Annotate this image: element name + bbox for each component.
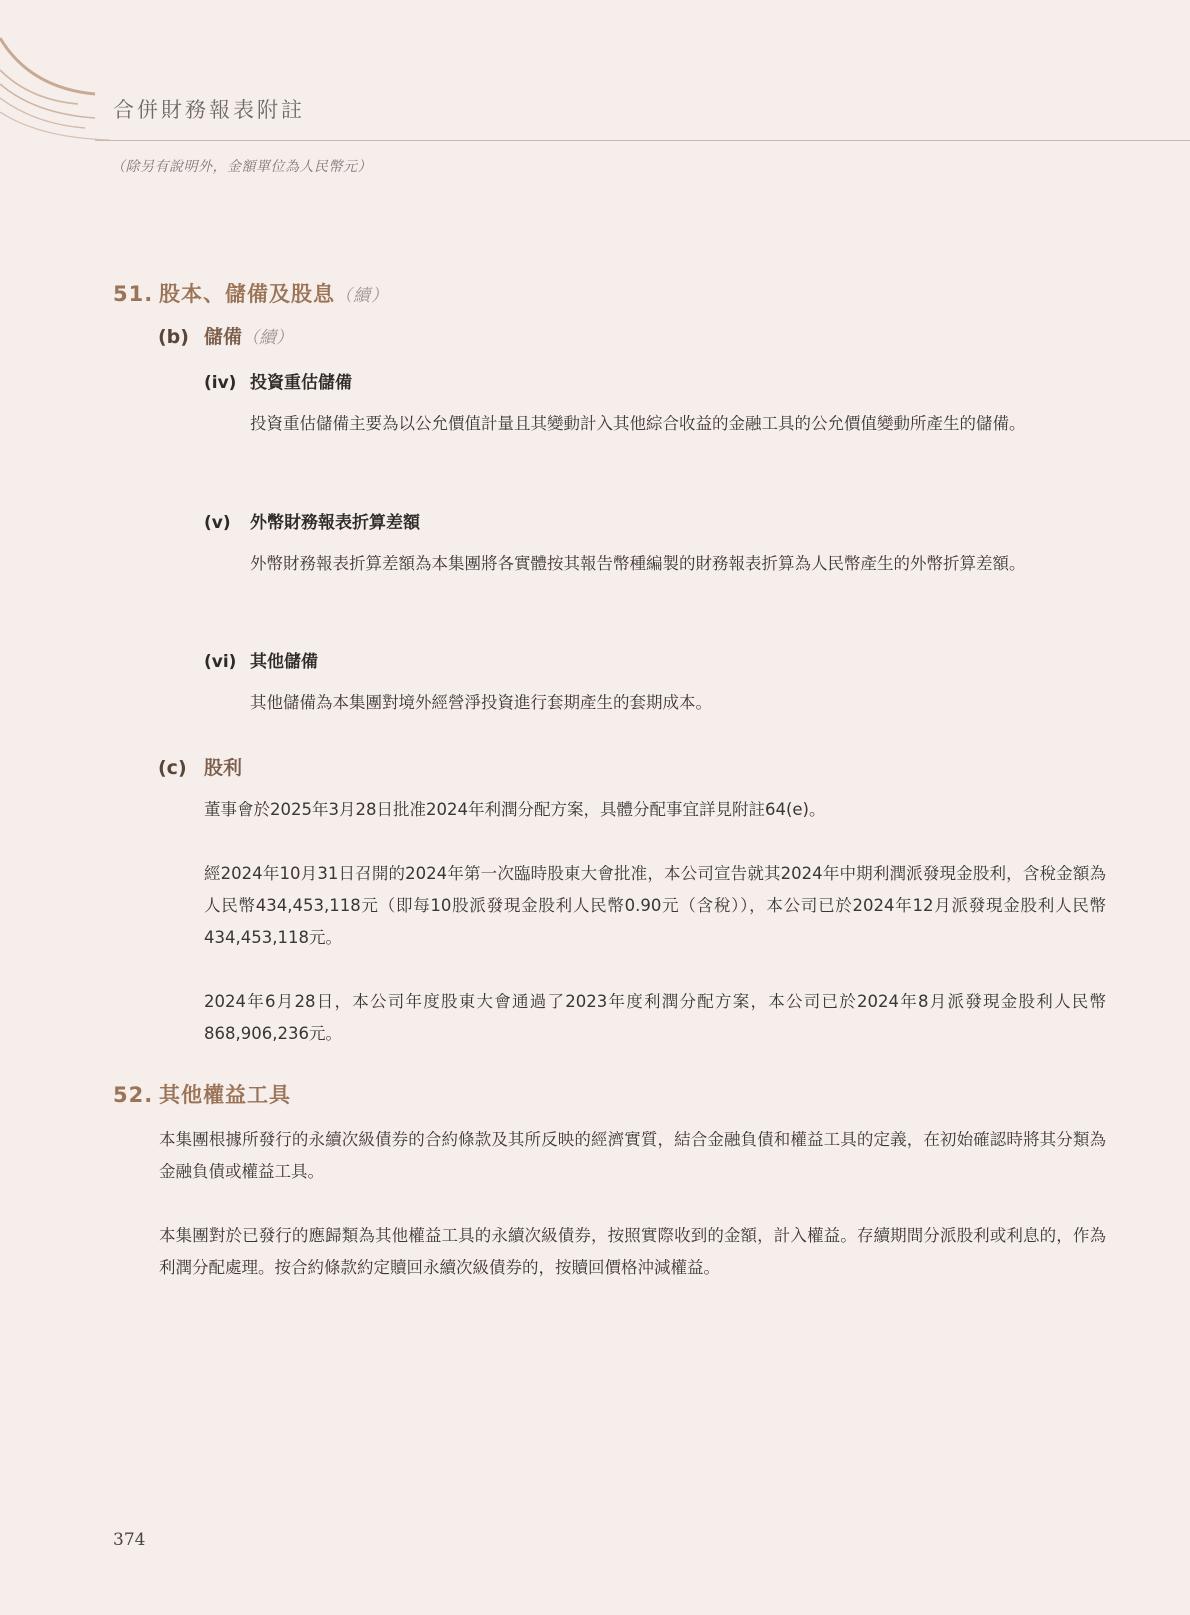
dividend-paragraph-1: 董事會於2025年3月28日批准2024年利潤分配方案，具體分配事宜詳見附註64…	[204, 794, 1106, 826]
dividend-paragraph-3: 2024年6月28日，本公司年度股東大會通過了2023年度利潤分配方案，本公司已…	[204, 986, 1106, 1050]
item-label: (v)	[204, 513, 250, 533]
section-52-heading: 52.其他權益工具	[113, 1079, 291, 1109]
continued-label: （續）	[242, 328, 293, 348]
section-title: 股本、儲備及股息	[159, 282, 335, 306]
item-title: 其他儲備	[250, 652, 318, 672]
subsection-label: (c)	[158, 757, 204, 779]
item-iv-heading: (iv)投資重估儲備	[204, 368, 352, 393]
document-header-title: 合併財務報表附註	[113, 94, 305, 124]
currency-note: （除另有說明外，金額單位為人民幣元）	[111, 156, 372, 176]
continued-label: （續）	[335, 286, 389, 306]
page-number: 374	[113, 1530, 145, 1550]
decorative-arcs-icon	[0, 0, 110, 145]
item-label: (iv)	[204, 373, 250, 393]
item-iv-body: 投資重估儲備主要為以公允價值計量且其變動計入其他綜合收益的金融工具的公允價值變動…	[250, 408, 1106, 440]
item-v-body: 外幣財務報表折算差額為本集團將各實體按其報告幣種編製的財務報表折算為人民幣產生的…	[250, 548, 1106, 580]
item-title: 投資重估儲備	[250, 373, 352, 393]
subsection-title: 儲備	[204, 326, 242, 348]
section-51-heading: 51.股本、儲備及股息（續）	[113, 278, 389, 308]
dividend-paragraph-2: 經2024年10月31日召開的2024年第一次臨時股東大會批准，本公司宣告就其2…	[204, 858, 1106, 954]
item-vi-body: 其他儲備為本集團對境外經營淨投資進行套期產生的套期成本。	[250, 687, 1106, 719]
item-vi-heading: (vi)其他儲備	[204, 647, 318, 672]
header-divider	[95, 140, 1190, 141]
item-label: (vi)	[204, 652, 250, 672]
subsection-title: 股利	[204, 757, 242, 779]
item-title: 外幣財務報表折算差額	[250, 513, 420, 533]
equity-paragraph-2: 本集團對於已發行的應歸類為其他權益工具的永續次級債券，按照實際收到的金額，計入權…	[159, 1220, 1106, 1284]
section-number: 51.	[113, 282, 159, 306]
subsection-label: (b)	[158, 326, 204, 348]
item-v-heading: (v)外幣財務報表折算差額	[204, 508, 420, 533]
subsection-b-heading: (b)儲備（續）	[158, 322, 293, 349]
equity-paragraph-1: 本集團根據所發行的永續次級債券的合約條款及其所反映的經濟實質，結合金融負債和權益…	[159, 1124, 1106, 1188]
section-title: 其他權益工具	[159, 1083, 291, 1107]
section-number: 52.	[113, 1083, 159, 1107]
subsection-c-heading: (c)股利	[158, 753, 242, 780]
